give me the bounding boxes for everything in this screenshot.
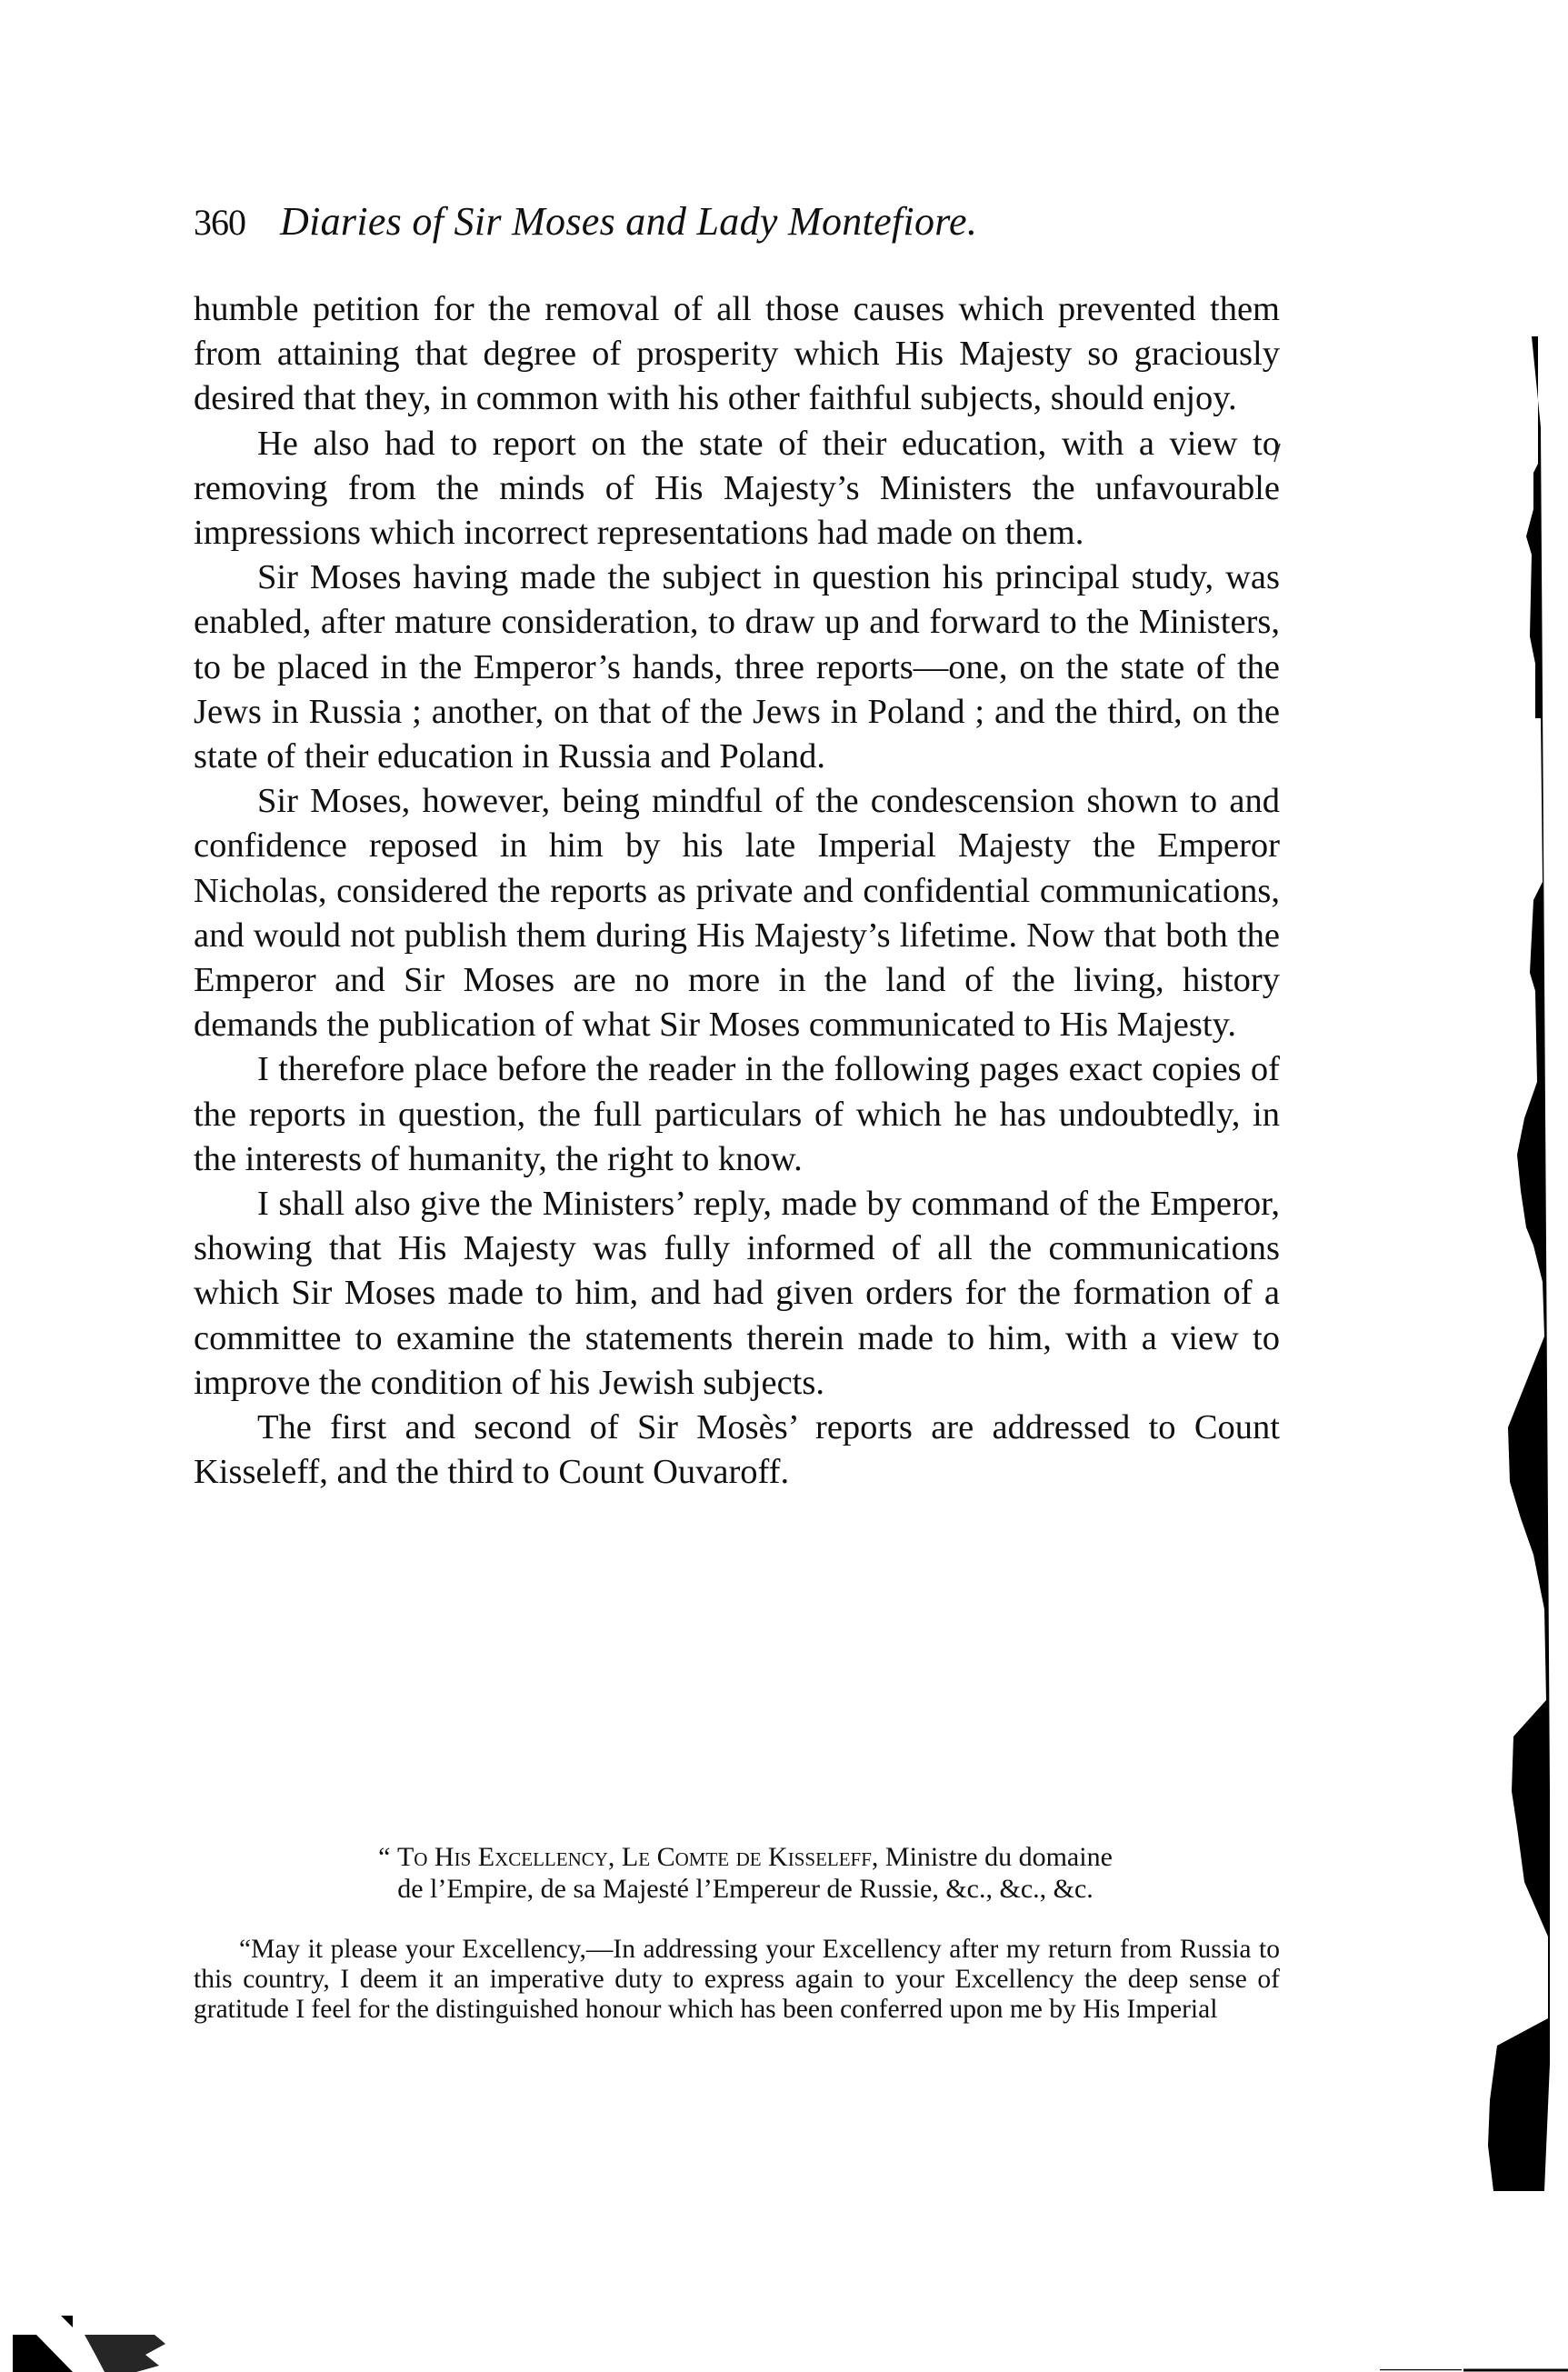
- paragraph-6: I shall also give the Ministers’ reply, …: [194, 1182, 1280, 1406]
- letter-body: “May it please your Excellency,—In addre…: [194, 1935, 1280, 2025]
- running-title: Diaries of Sir Moses and Lady Montefiore…: [280, 198, 977, 245]
- body-text: humble petition for the removal of all t…: [194, 287, 1280, 1495]
- letter-salutation: To His Excellency, Le Comte de Kisseleff…: [397, 1842, 878, 1872]
- paragraph-4: Sir Moses, however, being mindful of the…: [194, 779, 1280, 1047]
- bottom-rule: [1380, 2360, 1568, 2364]
- corner-scan-mark: [0, 2309, 182, 2372]
- open-quote: “: [378, 1842, 397, 1872]
- paragraph-7: The first and second of Sir Mosès’ repor…: [194, 1406, 1280, 1495]
- paragraph-1: humble petition for the removal of all t…: [194, 287, 1280, 422]
- paragraph-2: He also had to report on the state of th…: [194, 422, 1280, 556]
- letter-heading-rest: Ministre du domaine: [878, 1842, 1112, 1872]
- letter-heading-line-1: “ To His Excellency, Le Comte de Kissele…: [218, 1841, 1273, 1873]
- bottom-rule-line: [1380, 2368, 1568, 2372]
- letter-address-heading: “ To His Excellency, Le Comte de Kissele…: [218, 1841, 1273, 1905]
- paragraph-3: Sir Moses having made the subject in que…: [194, 555, 1280, 779]
- scan-edge-shadow: [1470, 336, 1552, 2191]
- page-header: 360 Diaries of Sir Moses and Lady Montef…: [194, 198, 1284, 249]
- pencil-mark-icon: [1273, 443, 1282, 463]
- letter-paragraph: “May it please your Excellency,—In addre…: [194, 1935, 1280, 2025]
- page-number: 360: [194, 201, 245, 244]
- letter-heading-line-2: de l’Empire, de sa Majesté l’Empereur de…: [218, 1873, 1273, 1905]
- paragraph-5: I therefore place before the reader in t…: [194, 1047, 1280, 1182]
